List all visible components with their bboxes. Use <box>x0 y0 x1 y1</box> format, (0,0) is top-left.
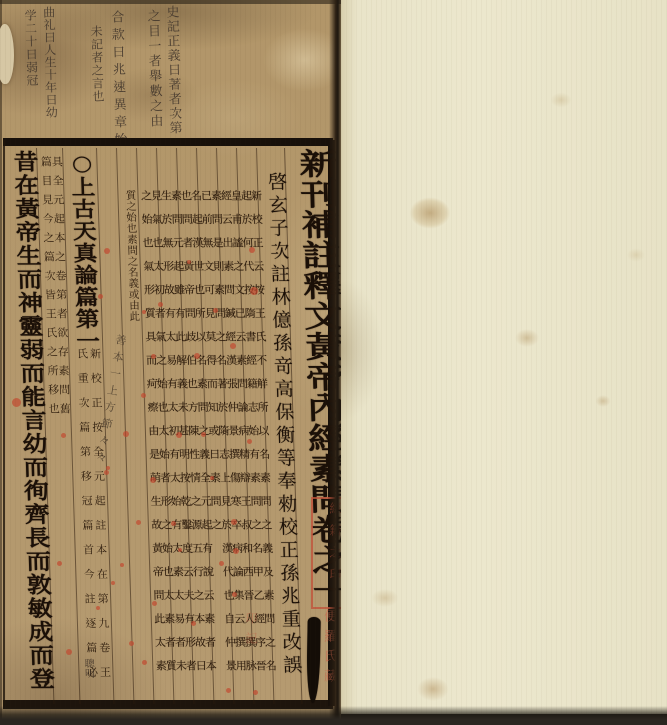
vermilion-dot <box>142 310 146 314</box>
vermilion-dot <box>152 601 157 606</box>
vermilion-dot <box>142 660 147 665</box>
vermilion-dot <box>210 476 214 480</box>
xinjiaozheng-annotation-col: 也問者黃帝問歧伯也方陳性情之源五行之本故曰 <box>177 190 209 684</box>
text-columns: 新刊補註釋文黃帝內經素問卷之一 啓玄子次註林億孫竒高保衡等奉勑校正孫兆重改誤 新… <box>0 148 352 706</box>
vermilion-dot <box>123 431 129 437</box>
chapter-heading: ○上古天真論篇第一 <box>64 150 104 352</box>
column-rule <box>36 148 54 704</box>
column-rule <box>62 148 80 704</box>
xinjiaozheng-annotation-col: 起於何代按隋書經籍志始有素問之名甲乙經序晉 <box>237 190 269 684</box>
handwritten-margin-note-4: 未記者之言也 <box>88 25 107 103</box>
vermilion-dot <box>61 433 66 438</box>
vermilion-dot <box>194 353 200 359</box>
old-numbering-annotation-col: 具全元起本之卷第者欲存素問舊 <box>48 156 72 422</box>
handwritten-reader-note: 善本一上方節々々 <box>91 333 129 470</box>
vermilion-dot <box>141 393 146 398</box>
vermilion-dot <box>120 563 124 567</box>
xinjiaozheng-annotation-col: 新校正云按王氏不觧所以名素問之義及素問之名 <box>247 190 279 684</box>
vermilion-dot <box>233 548 239 554</box>
vermilion-dot <box>213 308 218 313</box>
photo-top-edge <box>0 0 341 4</box>
photo-left-edge <box>0 0 2 719</box>
vermilion-dot <box>247 439 252 444</box>
column-rule <box>96 148 114 704</box>
vermilion-dot <box>219 561 224 566</box>
main-text-column: 昔在黃帝生而神靈弱而能言幼而徇齊長而敦敏成而登 <box>7 150 59 691</box>
column-rule <box>176 148 194 704</box>
vermilion-dot <box>230 343 236 349</box>
vermilion-dot <box>187 260 191 264</box>
vermilion-dot <box>104 248 110 254</box>
vermilion-dot <box>178 548 182 552</box>
vermilion-dot <box>232 592 237 597</box>
column-rule <box>116 148 134 704</box>
vermilion-dot <box>201 432 206 437</box>
frame-border-left <box>3 140 5 706</box>
handwritten-margin-note-1: 史記正義曰著者次第 <box>161 5 183 136</box>
column-rule <box>284 148 302 704</box>
column-rule <box>216 148 234 704</box>
vermilion-dot <box>136 520 141 525</box>
xinjiaozheng-annotation-col: 質之始也素問之名義或由此 <box>123 190 142 322</box>
vermilion-dot <box>226 688 231 693</box>
column-rule <box>156 148 174 704</box>
handwritten-small-mark: 聰明 <box>80 658 96 678</box>
vermilion-dot <box>176 432 182 438</box>
xinjiaozheng-annotation-col: 經云出素問鍼經漢張仲景撰傷寒卒病論集云撰用 <box>217 190 249 684</box>
column-rule <box>196 148 214 704</box>
vermilion-dot <box>151 354 156 359</box>
old-numbering-annotation-col: 篇目見今之篇次皆王氏之所移也 <box>37 156 61 422</box>
xinjiaozheng-annotation-col: 生於無形故有太易有太初有太始有太素太易者未 <box>157 190 189 684</box>
xinjiaozheng-annotation-col: 皇甫謐之文已云素問論病精辯王叔和西晉人撰脉 <box>227 190 259 684</box>
book-scan: 史記正義曰著者次第 之目一者舉數之由 合款曰兆速異章始 未記者之言也 曲礼曰人生… <box>0 0 667 725</box>
editors-attribution-column: 啓玄子次註林億孫竒高保衡等奉勑校正孫兆重改誤 <box>263 172 306 678</box>
vermilion-dot <box>158 302 163 307</box>
handwritten-margin-note-2: 之目一者舉數之由 <box>142 9 164 129</box>
handwritten-margin-note-5: 曲礼曰人生十年曰幼 <box>41 6 61 119</box>
xinjiaozheng-annotation-col: 見氣也太初者氣之始也太始者形之始也太素者質 <box>147 190 179 684</box>
vermilion-dot <box>250 287 258 295</box>
xinjiaozheng-annotation-col: 素問是則素問之名著於隋志上見於漢代也自仲景 <box>207 190 239 684</box>
vermilion-dot <box>96 606 100 610</box>
vermilion-dot <box>129 641 134 646</box>
xinjiaozheng-annotation-col: 之始也氣形質具而疴瘵由是萌生故黃帝問此太素 <box>137 190 169 684</box>
vermilion-dot <box>253 690 258 695</box>
vermilion-dot <box>104 470 109 475</box>
chapter-annotation-col: 新校正按全元起註本在第九卷王 <box>86 348 113 691</box>
vermilion-dot <box>106 466 110 470</box>
collector-seal-fragment: 印記 <box>238 612 260 704</box>
vermilion-dot <box>150 477 156 483</box>
xinjiaozheng-annotation-col: 名起漢世也所以名素問之義全元起有說云素者本 <box>187 190 219 684</box>
vermilion-dot <box>231 519 237 525</box>
left-page: 史記正義曰著者次第 之目一者舉數之由 合款曰兆速異章始 未記者之言也 曲礼曰人生… <box>0 0 341 719</box>
vermilion-dot <box>98 294 103 299</box>
column-rule <box>236 148 254 704</box>
vermilion-dot <box>171 521 176 526</box>
column-rule <box>136 148 154 704</box>
torn-paper-patch <box>0 24 14 84</box>
column-rule <box>256 148 274 704</box>
right-page-blank <box>341 0 667 714</box>
photo-bottom-shadow <box>0 706 667 725</box>
vermilion-dot <box>191 621 196 626</box>
vermilion-dot <box>12 398 21 407</box>
vermilion-dot <box>111 581 115 585</box>
handwritten-margin-note-6: 学二十曰弱冠 <box>22 9 41 87</box>
vermilion-dot <box>66 649 72 655</box>
chapter-annotation-col: 氏重次篇第移冠篇首今註逐篇必 <box>73 348 100 691</box>
vermilion-dot <box>249 247 255 253</box>
xinjiaozheng-annotation-col: 素問元起雖有此解義未甚明按乾鑿度云夫有形者 <box>167 190 199 684</box>
handwritten-margin-note-3: 合款曰兆速異章始 <box>106 10 129 150</box>
vermilion-dot <box>57 561 62 566</box>
xinjiaozheng-annotation-col: 已前無文可見莫得而知或曰素問之 <box>197 190 224 543</box>
ink-brush-mark <box>306 617 320 703</box>
frame-border-top <box>3 138 333 146</box>
